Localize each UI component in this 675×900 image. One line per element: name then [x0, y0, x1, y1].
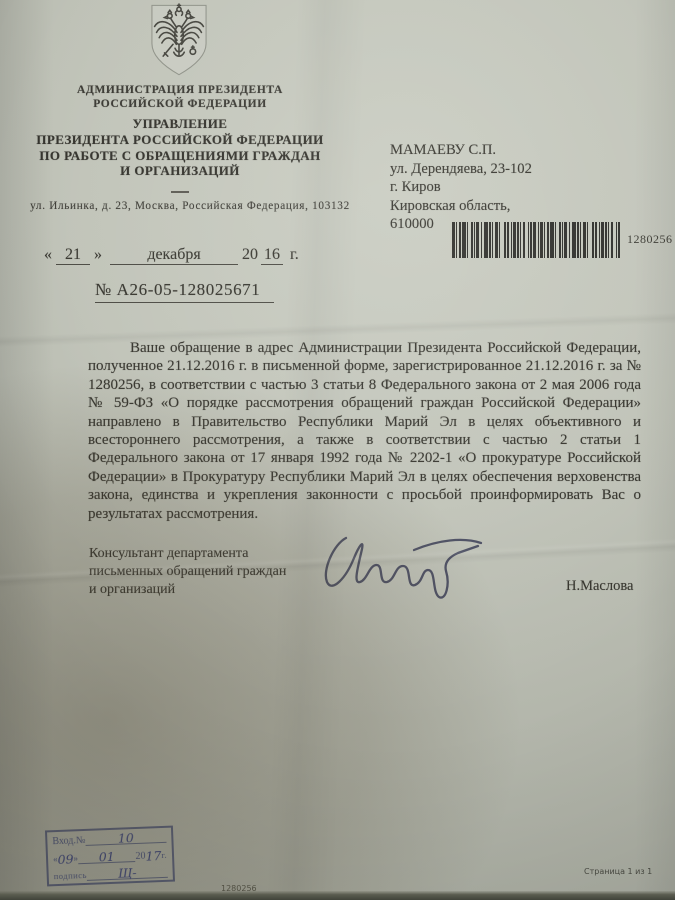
stamp-year-suffix: г. [161, 849, 167, 860]
sender-address: ул. Ильинка, д. 23, Москва, Российская Ф… [20, 200, 360, 212]
document-photo: АДМИНИСТРАЦИЯ ПРЕЗИДЕНТА РОССИЙСКОЙ ФЕДЕ… [0, 0, 675, 900]
barcode-bar [618, 222, 620, 258]
signer-title-line: письменных обращений граждан [89, 563, 286, 581]
stamp-incoming-number: 10 [85, 831, 166, 846]
signer-name: Н.Маслова [566, 578, 633, 595]
page-indicator: Страница 1 из 1 [584, 867, 652, 876]
stamp-signature-mark: Щ- [87, 866, 168, 881]
signer-title-line: Консультант департамента [89, 545, 286, 563]
stamp-incoming-label: Вход.№ [52, 835, 85, 847]
barcode-number: 1280256 [627, 232, 673, 247]
stamp-month: 01 [78, 850, 136, 864]
recipient-address-block: МАМАЕВУ С.П. ул. Дерендяева, 23-102 г. К… [390, 141, 532, 234]
reference-number: № А26-05-128025671 [95, 280, 274, 303]
date-month: декабря [110, 246, 238, 265]
stamp-year-prefix: 20 [135, 850, 145, 861]
department-name: УПРАВЛЕНИЕ ПРЕЗИДЕНТА РОССИЙСКОЙ ФЕДЕРАЦ… [30, 116, 330, 179]
stamp-year: 17 [145, 850, 161, 862]
date-century: 20 [242, 246, 258, 263]
department-name-line: УПРАВЛЕНИЕ [30, 116, 330, 132]
photo-bottom-edge [0, 891, 675, 900]
organization-name-line: РОССИЙСКОЙ ФЕДЕРАЦИИ [55, 98, 305, 112]
recipient-city: г. Киров [390, 178, 532, 197]
coat-of-arms-icon [146, 2, 212, 80]
date-day: 21 [56, 246, 90, 265]
handwritten-signature [318, 522, 483, 607]
organization-name: АДМИНИСТРАЦИЯ ПРЕЗИДЕНТА РОССИЙСКОЙ ФЕДЕ… [55, 84, 305, 111]
barcode [452, 222, 620, 258]
incoming-registration-stamp: Вход.№ 10 «09» 01 2017г. подпись Щ- [45, 826, 175, 887]
recipient-region: Кировская область, [390, 197, 532, 216]
organization-name-line: АДМИНИСТРАЦИЯ ПРЕЗИДЕНТА [55, 84, 305, 98]
signer-title: Консультант департамента письменных обра… [89, 545, 286, 598]
department-name-line: ПО РАБОТЕ С ОБРАЩЕНИЯМИ ГРАЖДАН [30, 148, 330, 164]
date-year: 16 [261, 246, 283, 265]
letterhead-divider [171, 191, 189, 193]
date-quote-close: » [94, 246, 102, 263]
stamp-date-row: «09» 01 2017г. [53, 848, 167, 864]
recipient-street: ул. Дерендяева, 23-102 [390, 160, 532, 179]
recipient-name: МАМАЕВУ С.П. [390, 141, 532, 160]
stamp-signature-label: подпись [54, 870, 88, 882]
department-name-line: И ОРГАНИЗАЦИЙ [30, 163, 330, 179]
date-line: « 21 »декабря2016 г. [44, 246, 299, 265]
letter-body-paragraph: Ваше обращение в адрес Администрации Пре… [88, 339, 641, 523]
date-quote-open: « [44, 246, 52, 263]
department-name-line: ПРЕЗИДЕНТА РОССИЙСКОЙ ФЕДЕРАЦИИ [30, 132, 330, 148]
signer-title-line: и организаций [89, 581, 286, 599]
stamp-day: 09 [57, 853, 73, 865]
stamp-signature-row: подпись Щ- [54, 866, 168, 882]
date-era: г. [290, 246, 299, 263]
stamp-incoming-row: Вход.№ 10 [52, 831, 166, 847]
